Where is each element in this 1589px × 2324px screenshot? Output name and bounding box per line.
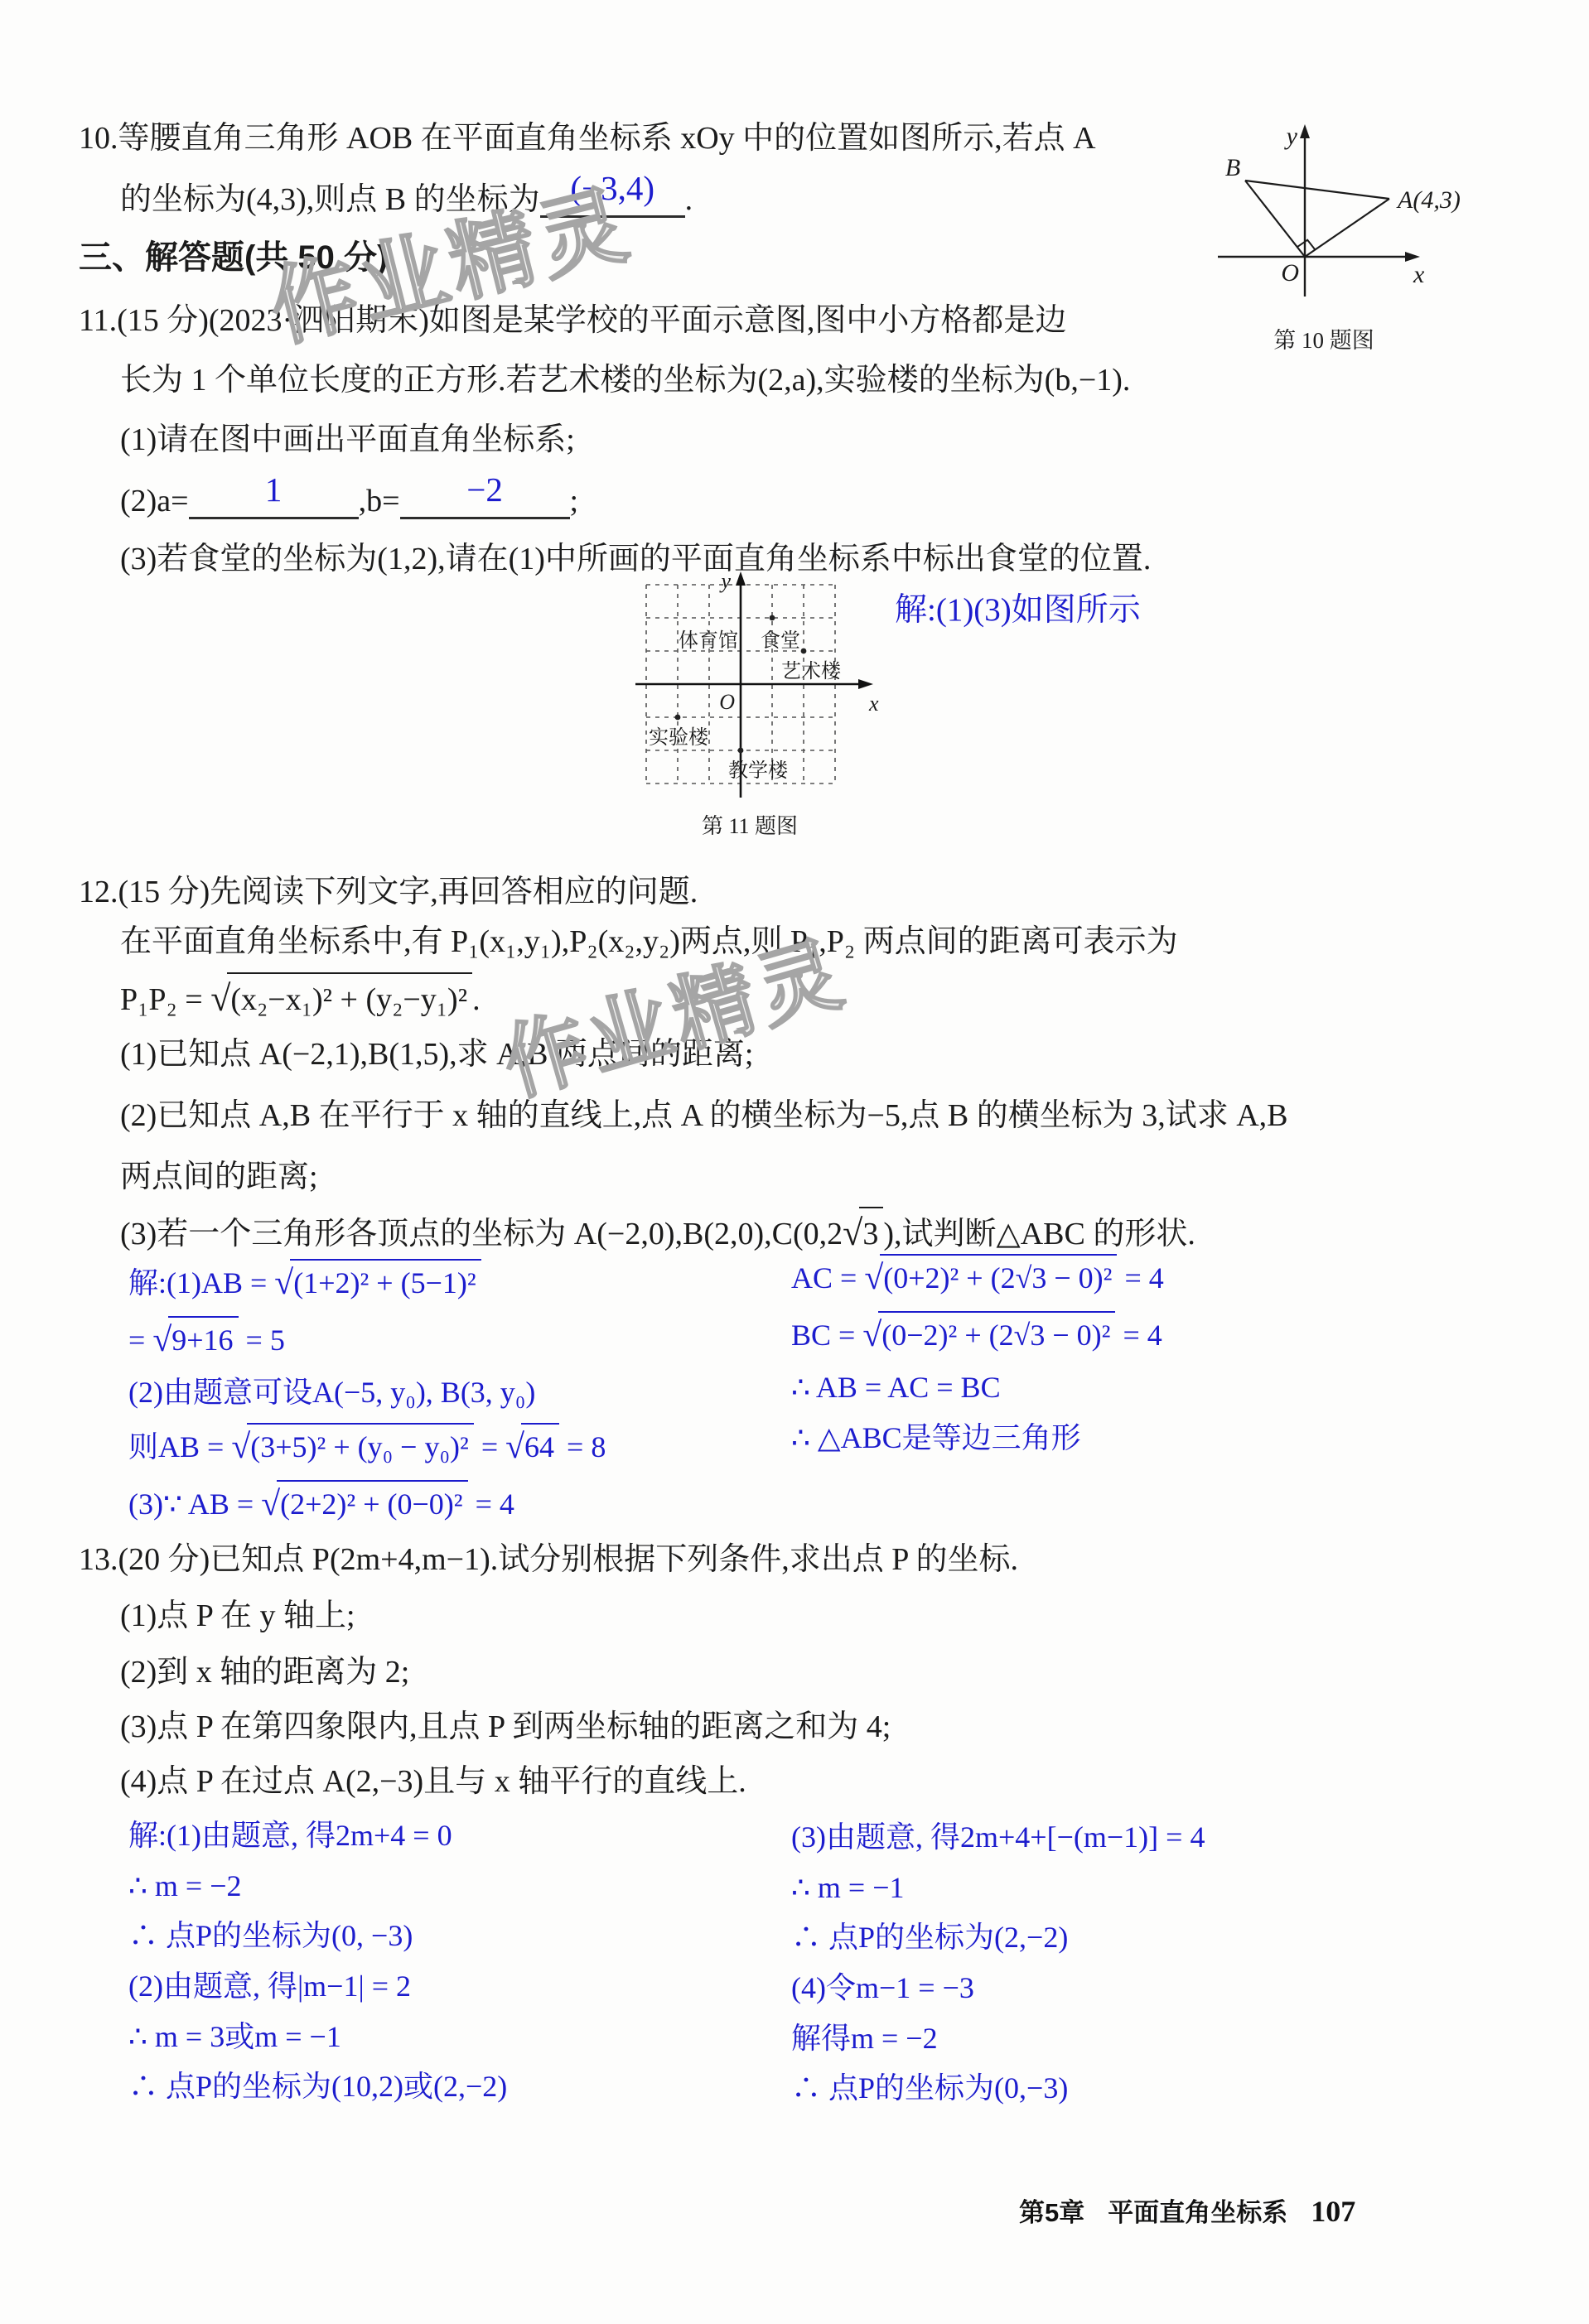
q12-line1: 12.(15 分)先阅读下列文字,再回答相应的问题. [79,871,698,913]
q13-item4: (4)点 P 在过点 A(2,−3)且与 x 轴平行的直线上. [120,1761,746,1802]
q13-solution-right: (3)由题意, 得2m+4+[−(m−1)] = 4∴ m = −1∴ 点P的坐… [791,1817,1205,2119]
y-axis-arrow [1300,124,1310,138]
lab-label: 实验楼 [649,726,709,749]
footer-chapter: 第5章 [1019,2191,1084,2229]
q11-item2-mid: ,b= [359,484,400,518]
q11-item1: (1)请在图中画出平面直角坐标系; [120,419,575,460]
q13-line1: 13.(20 分)已知点 P(2m+4,m−1).试分别根据下列条件,求出点 P… [79,1539,1018,1580]
origin-label: O [1281,259,1299,287]
point-b-label: B [1225,154,1240,181]
canteen-label: 食堂 [761,629,800,652]
teach-building-point [738,748,744,754]
art-building-point [801,649,807,654]
q10-line2-period: . [685,182,693,217]
q10-answer-blank: (−3,4) [540,177,685,218]
footer-page-number: 107 [1311,2194,1355,2229]
q10-line2: 的坐标为(4,3),则点 B 的坐标为(−3,4). [120,177,693,220]
q11-line1: 11.(15 分)(2023·泗阳期末)如图是某学校的平面示意图,图中小方格都是… [79,300,1066,341]
q11-blank-b: −2 [400,479,570,519]
page-footer: 第5章 平面直角坐标系 107 [1019,2191,1355,2229]
q10-answer: (−3,4) [570,167,654,209]
x-axis-label: x [1413,261,1425,288]
lab-building-point [675,715,681,721]
q12-distance-formula: P₁P₂ = √(x₂−x₁)² + (y₂−y₁)². [120,971,481,1025]
workbook-page: 10.等腰直角三角形 AOB 在平面直角坐标系 xOy 中的位置如图所示,若点 … [0,0,1589,2324]
q13-item1: (1)点 P 在 y 轴上; [120,1595,355,1637]
right-angle-mark [1297,240,1316,250]
point-a-label: A(4,3) [1396,186,1461,214]
q11-item2-pre: (2)a= [120,484,189,518]
q12-line2: 在平面直角坐标系中,有 P₁(x₁,y₁),P₂(x₂,y₂)两点,则 P₁,P… [120,921,1178,962]
q10-line1: 10.等腰直角三角形 AOB 在平面直角坐标系 xOy 中的位置如图所示,若点 … [79,118,1096,159]
x-axis-arrow [858,679,873,689]
q12-item2: (2)已知点 A,B 在平行于 x 轴的直线上,点 A 的横坐标为−5,点 B … [120,1095,1288,1136]
y-axis-label: y [718,570,731,593]
q11-answer-b: −2 [466,469,503,510]
q11-figure-caption: 第 11 题图 [702,814,798,838]
q13-item2: (2)到 x 轴的距离为 2; [120,1651,409,1693]
section-heading: 三、解答题(共 50 分) [79,237,388,278]
q10-line2-text: 的坐标为(4,3),则点 B 的坐标为 [120,182,540,217]
q12-item2-cont: 两点间的距离; [120,1156,318,1198]
q13-item3: (3)点 P 在第四象限内,且点 P 到两坐标轴的距离之和为 4; [120,1706,891,1748]
q10-figure-caption: 第 10 题图 [1273,328,1374,353]
q12-item3: (3)若一个三角形各顶点的坐标为 A(−2,0),B(2,0),C(0,2√3)… [120,1205,1195,1260]
x-axis-label: x [868,692,879,716]
origin-label: O [719,690,735,714]
q13-solution-left: 解:(1)由题意, 得2m+4 = 0∴ m = −2∴ 点P的坐标为(0, −… [128,1815,507,2117]
q11-blank-a: 1 [189,479,359,519]
footer-chapter-title: 平面直角坐标系 [1108,2191,1287,2229]
gym-label: 体育馆 [679,629,738,652]
q11-item2: (2)a=1,b=−2; [120,479,578,522]
q10-coordinate-figure: y x O B A(4,3) 第 10 题图 [1185,108,1500,364]
q11-line2: 长为 1 个单位长度的正方形.若艺术楼的坐标为(2,a),实验楼的坐标为(b,−… [120,359,1130,401]
q11-item2-post: ; [570,484,579,518]
canteen-point [770,615,775,621]
art-label: 艺术楼 [781,660,842,682]
y-axis-label: y [1284,123,1298,150]
q12-solution-right: AC = √(0+2)² + (2√3 − 0)² = 4BC = √(0−2)… [791,1254,1164,1468]
q11-answer-a: 1 [265,469,283,510]
teach-label: 教学楼 [728,759,789,782]
q11-solution-note: 解:(1)(3)如图所示 [895,590,1141,631]
q12-item1: (1)已知点 A(−2,1),B(1,5),求 A,B 两点间的距离; [120,1034,754,1075]
y-axis-arrow [736,571,746,586]
figure-q10: y x O B A(4,3) 第 10 题图 [1185,108,1500,369]
q12-solution-left: 解:(1)AB = √(1+2)² + (5−1)²= √9+16 = 5(2)… [128,1259,606,1536]
